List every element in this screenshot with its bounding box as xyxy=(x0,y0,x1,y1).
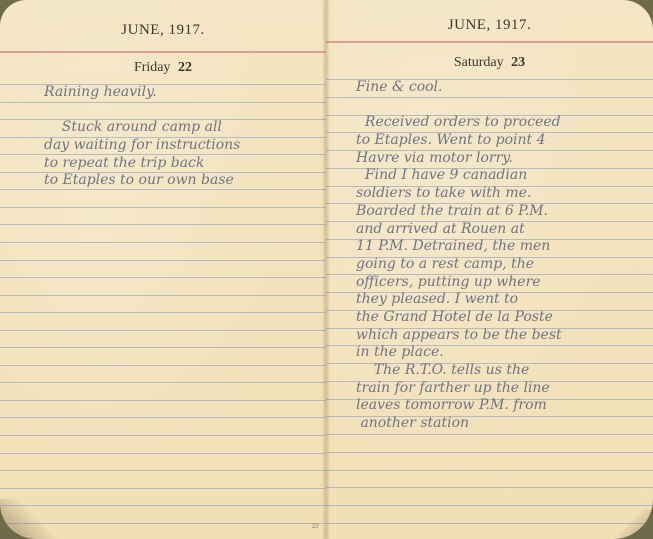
ruled-line xyxy=(0,277,326,278)
ruled-line xyxy=(326,470,653,471)
day-name: Saturday xyxy=(454,55,504,70)
day-name: Friday xyxy=(134,60,171,75)
open-diary: JUNE, 1917. Friday 22 Raining heavily. S… xyxy=(0,0,653,539)
page-number: 22 xyxy=(312,524,319,530)
day-heading: Saturday 23 xyxy=(326,55,653,71)
right-page: JUNE, 1917. Saturday 23 Fine & cool. Rec… xyxy=(326,0,653,539)
entry-line: 11 P.M. Detrained, the men xyxy=(356,238,653,256)
diary-entry: Fine & cool. Received orders to proceedt… xyxy=(356,79,653,433)
header-red-rule xyxy=(0,51,326,53)
entry-line: they pleased. I went to xyxy=(356,291,653,309)
header-red-rule xyxy=(326,41,653,43)
entry-line: leaves tomorrow P.M. from xyxy=(356,397,653,415)
ruled-line xyxy=(0,347,326,348)
entry-line: Find I have 9 canadian xyxy=(356,167,653,185)
ruled-line xyxy=(0,453,326,454)
entry-line: and arrived at Rouen at xyxy=(356,221,653,239)
ruled-line xyxy=(0,400,326,401)
diary-entry: Raining heavily. Stuck around camp allda… xyxy=(44,84,326,190)
entry-line: train for farther up the line xyxy=(356,380,653,398)
entry-line: another station xyxy=(356,415,653,433)
ruled-line xyxy=(0,417,326,418)
entry-line: to Etaples to our own base xyxy=(44,172,326,190)
ruled-line xyxy=(0,260,326,261)
ruled-line xyxy=(326,487,653,488)
ruled-line xyxy=(326,452,653,453)
ruled-line xyxy=(326,505,653,506)
ruled-line xyxy=(0,435,326,436)
ruled-line xyxy=(0,242,326,243)
entry-line: in the place. xyxy=(356,344,653,362)
entry-line: the Grand Hotel de la Poste xyxy=(356,309,653,327)
page-corner-shadow xyxy=(613,509,653,539)
ruled-line xyxy=(0,207,326,208)
entry-line: soldiers to take with me. xyxy=(356,185,653,203)
entry-line: officers, putting up where xyxy=(356,274,653,292)
entry-line: day waiting for instructions xyxy=(44,137,326,155)
entry-line xyxy=(356,97,653,115)
ruled-line xyxy=(326,523,653,524)
entry-line: Received orders to proceed xyxy=(356,114,653,132)
ruled-line xyxy=(0,382,326,383)
day-number: 23 xyxy=(511,55,525,70)
left-page: JUNE, 1917. Friday 22 Raining heavily. S… xyxy=(0,0,326,539)
ruled-line xyxy=(0,365,326,366)
month-header: JUNE, 1917. xyxy=(0,22,326,39)
ruled-line xyxy=(0,295,326,296)
ruled-line xyxy=(0,330,326,331)
ruled-line xyxy=(326,434,653,435)
ruled-line xyxy=(0,488,326,489)
book-gutter xyxy=(322,0,330,539)
entry-line: Fine & cool. xyxy=(356,79,653,97)
ruled-line xyxy=(0,224,326,225)
day-heading: Friday 22 xyxy=(0,60,326,76)
entry-line: going to a rest camp, the xyxy=(356,256,653,274)
page-corner-shadow xyxy=(0,499,60,539)
entry-line: to Etaples. Went to point 4 xyxy=(356,132,653,150)
entry-line: Stuck around camp all xyxy=(44,119,326,137)
ruled-line xyxy=(0,470,326,471)
entry-line: Havre via motor lorry. xyxy=(356,150,653,168)
day-number: 22 xyxy=(178,60,192,75)
entry-line: The R.T.O. tells us the xyxy=(356,362,653,380)
entry-line: to repeat the trip back xyxy=(44,155,326,173)
ruled-line xyxy=(0,312,326,313)
entry-line xyxy=(44,102,326,120)
entry-line: Raining heavily. xyxy=(44,84,326,102)
ruled-lines xyxy=(0,0,326,539)
entry-line: which appears to be the best xyxy=(356,327,653,345)
month-header: JUNE, 1917. xyxy=(326,17,653,34)
entry-line: Boarded the train at 6 P.M. xyxy=(356,203,653,221)
